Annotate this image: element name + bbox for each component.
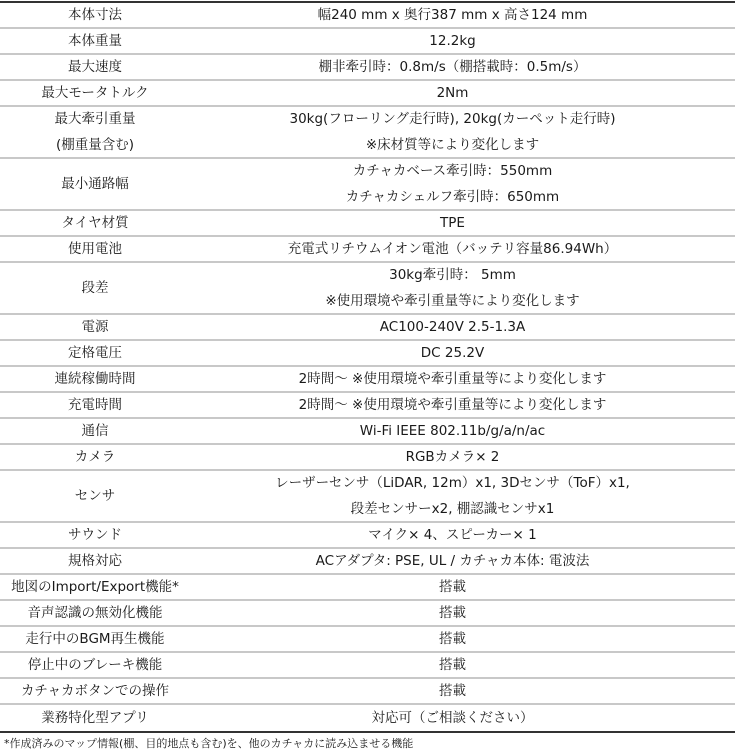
spec-label: 充電時間 (0, 392, 190, 418)
spec-row: タイヤ材質TPE (0, 211, 735, 237)
spec-label-line: 最小通路幅 (0, 171, 190, 197)
spec-value-line: 30kg(フローリング走行時), 20kg(カーペット走行時) (190, 106, 715, 132)
spec-label-line: 業務特化型アプリ (0, 705, 190, 731)
spec-value-line: 2時間～ ※使用環境や牽引重量等により変化します (190, 392, 715, 418)
spec-label: 最小通路幅 (0, 171, 190, 197)
spec-value-line: 搭載 (190, 678, 715, 704)
spec-label-line: タイヤ材質 (0, 210, 190, 236)
spec-label-line: 通信 (0, 418, 190, 444)
spec-value-line: 2Nm (190, 80, 715, 106)
spec-value: 2Nm (190, 80, 735, 106)
spec-value-line: 搭載 (190, 600, 715, 626)
spec-value: 搭載 (190, 626, 735, 652)
spec-label: 音声認識の無効化機能 (0, 600, 190, 626)
spec-value: 搭載 (190, 678, 735, 704)
spec-value-line: 搭載 (190, 652, 715, 678)
spec-value: カチャカベース牽引時：550mmカチャカシェルフ牽引時：650mm (190, 158, 735, 210)
spec-value-line: ※使用環境や牽引重量等により変化します (190, 288, 715, 314)
spec-label-line: 最大速度 (0, 54, 190, 80)
spec-value-line: 対応可（ご相談ください） (190, 705, 715, 731)
spec-row: 使用電池充電式リチウムイオン電池（バッテリ容量86.94Wh） (0, 237, 735, 263)
spec-label: 本体寸法 (0, 2, 190, 28)
spec-value: Wi-Fi IEEE 802.11b/g/a/n/ac (190, 418, 735, 444)
spec-label: 最大モータトルク (0, 80, 190, 106)
spec-row: カメラRGBカメラ× 2 (0, 445, 735, 471)
spec-value-line: 30kg牽引時： 5mm (190, 262, 715, 288)
spec-label: カメラ (0, 444, 190, 470)
spec-row: 最大牽引重量(棚重量含む)30kg(フローリング走行時), 20kg(カーペット… (0, 107, 735, 159)
spec-value-line: 充電式リチウムイオン電池（バッテリ容量86.94Wh） (190, 236, 715, 262)
spec-value: ACアダプタ: PSE, UL / カチャカ本体: 電波法 (190, 548, 735, 574)
spec-label-line: 使用電池 (0, 236, 190, 262)
spec-value: マイク× 4、スピーカー× 1 (190, 522, 735, 548)
spec-label: 連続稼働時間 (0, 366, 190, 392)
spec-value: 充電式リチウムイオン電池（バッテリ容量86.94Wh） (190, 236, 735, 262)
spec-row: サウンドマイク× 4、スピーカー× 1 (0, 523, 735, 549)
spec-label: 使用電池 (0, 236, 190, 262)
spec-row: 停止中のブレーキ機能搭載 (0, 653, 735, 679)
spec-label: 走行中のBGM再生機能 (0, 626, 190, 652)
spec-label-line: 音声認識の無効化機能 (0, 600, 190, 626)
spec-value-line: DC 25.2V (190, 340, 715, 366)
spec-table: 本体寸法幅240 mm x 奥行387 mm x 高さ124 mm本体重量12.… (0, 1, 735, 733)
spec-label-line: 最大牽引重量 (0, 106, 190, 132)
spec-label-line: 充電時間 (0, 392, 190, 418)
spec-row: カチャカボタンでの操作搭載 (0, 679, 735, 705)
spec-label-line: 本体重量 (0, 28, 190, 54)
spec-row: 最大速度棚非牽引時：0.8m/s（棚搭載時：0.5m/s） (0, 55, 735, 81)
spec-value-line: 2時間～ ※使用環境や牽引重量等により変化します (190, 366, 715, 392)
spec-label: カチャカボタンでの操作 (0, 678, 190, 704)
spec-value: 搭載 (190, 574, 735, 600)
spec-value-line: カチャカシェルフ牽引時：650mm (190, 184, 715, 210)
spec-label-line: 走行中のBGM再生機能 (0, 626, 190, 652)
spec-label-line: カチャカボタンでの操作 (0, 678, 190, 704)
spec-value: 搭載 (190, 652, 735, 678)
spec-row: 充電時間2時間～ ※使用環境や牽引重量等により変化します (0, 393, 735, 419)
spec-label-line: 停止中のブレーキ機能 (0, 652, 190, 678)
spec-value-line: 12.2kg (190, 28, 715, 54)
spec-row: 音声認識の無効化機能搭載 (0, 601, 735, 627)
spec-row: 電源AC100-240V 2.5-1.3A (0, 315, 735, 341)
spec-row: 業務特化型アプリ対応可（ご相談ください） (0, 705, 735, 731)
spec-row: 本体寸法幅240 mm x 奥行387 mm x 高さ124 mm (0, 3, 735, 29)
spec-label: 地図のImport/Export機能* (0, 574, 190, 600)
spec-row: 定格電圧DC 25.2V (0, 341, 735, 367)
spec-row: 最小通路幅カチャカベース牽引時：550mmカチャカシェルフ牽引時：650mm (0, 159, 735, 211)
spec-value-line: 棚非牽引時：0.8m/s（棚搭載時：0.5m/s） (190, 54, 715, 80)
spec-label-line: 定格電圧 (0, 340, 190, 366)
spec-label: 業務特化型アプリ (0, 705, 190, 731)
spec-label-line: 地図のImport/Export機能* (0, 574, 190, 600)
spec-label-line: (棚重量含む) (0, 132, 190, 158)
spec-value: 棚非牽引時：0.8m/s（棚搭載時：0.5m/s） (190, 54, 735, 80)
spec-row: 規格対応ACアダプタ: PSE, UL / カチャカ本体: 電波法 (0, 549, 735, 575)
spec-value-line: Wi-Fi IEEE 802.11b/g/a/n/ac (190, 418, 715, 444)
spec-value: 2時間～ ※使用環境や牽引重量等により変化します (190, 366, 735, 392)
spec-value: 30kg(フローリング走行時), 20kg(カーペット走行時)※床材質等により変… (190, 106, 735, 158)
spec-value: AC100-240V 2.5-1.3A (190, 314, 735, 340)
spec-row: 通信Wi-Fi IEEE 802.11b/g/a/n/ac (0, 419, 735, 445)
spec-label-line: センサ (0, 483, 190, 509)
spec-label: 定格電圧 (0, 340, 190, 366)
spec-label-line: サウンド (0, 522, 190, 548)
spec-label: 停止中のブレーキ機能 (0, 652, 190, 678)
spec-value-line: ※床材質等により変化します (190, 132, 715, 158)
spec-label-line: 規格対応 (0, 548, 190, 574)
spec-value: レーザーセンサ（LiDAR, 12m）x1, 3Dセンサ（ToF）x1,段差セン… (190, 470, 735, 522)
spec-label: タイヤ材質 (0, 210, 190, 236)
spec-value: 2時間～ ※使用環境や牽引重量等により変化します (190, 392, 735, 418)
spec-label: 通信 (0, 418, 190, 444)
spec-value-line: 搭載 (190, 574, 715, 600)
spec-label-line: 最大モータトルク (0, 80, 190, 106)
spec-value-line: 段差センサーx2, 棚認識センサx1 (190, 496, 715, 522)
spec-label: センサ (0, 483, 190, 509)
spec-label-line: カメラ (0, 444, 190, 470)
spec-label-line: 連続稼働時間 (0, 366, 190, 392)
spec-label: 最大牽引重量(棚重量含む) (0, 106, 190, 158)
spec-value: 幅240 mm x 奥行387 mm x 高さ124 mm (190, 2, 735, 28)
spec-row: センサレーザーセンサ（LiDAR, 12m）x1, 3Dセンサ（ToF）x1,段… (0, 471, 735, 523)
spec-label: 規格対応 (0, 548, 190, 574)
spec-row: 連続稼働時間2時間～ ※使用環境や牽引重量等により変化します (0, 367, 735, 393)
spec-row: 走行中のBGM再生機能搭載 (0, 627, 735, 653)
spec-value-line: TPE (190, 210, 715, 236)
spec-value-line: ACアダプタ: PSE, UL / カチャカ本体: 電波法 (190, 548, 715, 574)
spec-value-line: AC100-240V 2.5-1.3A (190, 314, 715, 340)
spec-row: 最大モータトルク2Nm (0, 81, 735, 107)
spec-value-line: マイク× 4、スピーカー× 1 (190, 522, 715, 548)
spec-value-line: カチャカベース牽引時：550mm (190, 158, 715, 184)
spec-value-line: RGBカメラ× 2 (190, 444, 715, 470)
spec-row: 本体重量12.2kg (0, 29, 735, 55)
spec-value: 12.2kg (190, 28, 735, 54)
spec-value-line: レーザーセンサ（LiDAR, 12m）x1, 3Dセンサ（ToF）x1, (190, 470, 715, 496)
spec-value: DC 25.2V (190, 340, 735, 366)
spec-label-line: 段差 (0, 275, 190, 301)
spec-label-line: 電源 (0, 314, 190, 340)
spec-value: 対応可（ご相談ください） (190, 705, 735, 731)
spec-value: TPE (190, 210, 735, 236)
spec-label: 最大速度 (0, 54, 190, 80)
footnote: *作成済みのマップ情報(棚、目的地点も含む)を、他のカチャカに読み込ませる機能 (4, 736, 413, 752)
spec-row: 地図のImport/Export機能*搭載 (0, 575, 735, 601)
spec-value-line: 搭載 (190, 626, 715, 652)
spec-value: RGBカメラ× 2 (190, 444, 735, 470)
spec-label: 段差 (0, 275, 190, 301)
spec-label-line: 本体寸法 (0, 2, 190, 28)
spec-row: 段差30kg牽引時： 5mm※使用環境や牽引重量等により変化します (0, 263, 735, 315)
spec-value: 搭載 (190, 600, 735, 626)
spec-value: 30kg牽引時： 5mm※使用環境や牽引重量等により変化します (190, 262, 735, 314)
spec-value-line: 幅240 mm x 奥行387 mm x 高さ124 mm (190, 2, 715, 28)
spec-label: 電源 (0, 314, 190, 340)
spec-label: 本体重量 (0, 28, 190, 54)
spec-label: サウンド (0, 522, 190, 548)
